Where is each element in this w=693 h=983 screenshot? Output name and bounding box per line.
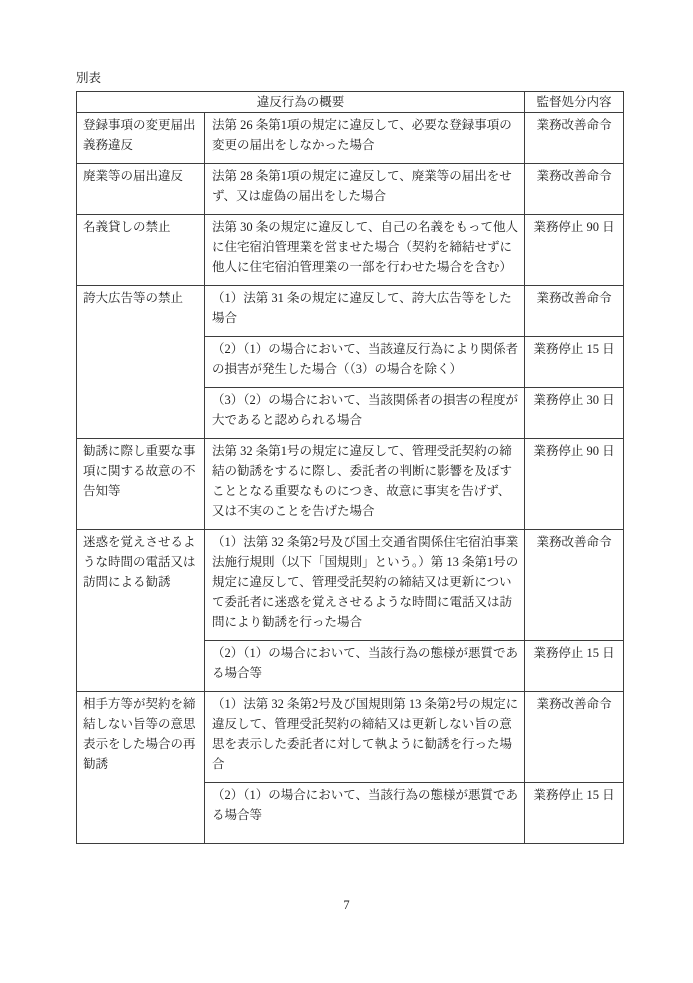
disposition-cell: 業務停止 90 日 [525,215,624,286]
category-cell: 勧誘に際し重要な事項に関する故意の不告知等 [77,439,205,530]
summary-cell: （2）（1）の場合において、当該行為の態様が悪質である場合等 [205,641,525,692]
summary-cell: 法第 26 条第1項の規定に違反して、必要な登録事項の変更の届出をしなかった場合 [205,113,525,164]
disposition-cell: 業務改善命令 [525,113,624,164]
disposition-cell: 業務停止 15 日 [525,641,624,692]
table-row: 名義貸しの禁止 法第 30 条の規定に違反して、自己の名義をもって他人に住宅宿泊… [77,215,624,286]
disposition-cell: 業務停止 15 日 [525,783,624,844]
table-caption: 別表 [76,70,101,86]
disposition-cell: 業務改善命令 [525,530,624,641]
summary-cell: （1）法第 32 条第2号及び国規則第 13 条第2号の規定に違反して、管理受託… [205,692,525,783]
table-row: 登録事項の変更届出義務違反 法第 26 条第1項の規定に違反して、必要な登録事項… [77,113,624,164]
summary-cell: 法第 28 条第1項の規定に違反して、廃業等の届出をせず、又は虚偽の届出をした場… [205,164,525,215]
table-row: 勧誘に際し重要な事項に関する故意の不告知等 法第 32 条第1号の規定に違反して… [77,439,624,530]
table-row: 迷惑を覚えさせるような時間の電話又は訪問による勧誘 （1）法第 32 条第2号及… [77,530,624,641]
disposition-cell: 業務改善命令 [525,286,624,337]
table-row: 誇大広告等の禁止 （1）法第 31 条の規定に違反して、誇大広告等をした場合 業… [77,286,624,337]
disposition-cell: 業務停止 30 日 [525,388,624,439]
disposition-cell: 業務停止 90 日 [525,439,624,530]
category-cell: 登録事項の変更届出義務違反 [77,113,205,164]
header-overview: 違反行為の概要 [77,92,525,113]
summary-cell: （3）（2）の場合において、当該関係者の損害の程度が大であると認められる場合 [205,388,525,439]
summary-cell: （2）（1）の場合において、当該違反行為により関係者の損害が発生した場合（（3）… [205,337,525,388]
disposition-cell: 業務改善命令 [525,692,624,783]
disposition-cell: 業務改善命令 [525,164,624,215]
summary-cell: 法第 32 条第1号の規定に違反して、管理受託契約の締結の勧誘をするに際し、委託… [205,439,525,530]
table-header-row: 違反行為の概要 監督処分内容 [77,92,624,113]
summary-cell: 法第 30 条の規定に違反して、自己の名義をもって他人に住宅宿泊管理業を営ませた… [205,215,525,286]
summary-cell: （2）（1）の場合において、当該行為の態様が悪質である場合等 [205,783,525,844]
page-number: 7 [0,898,693,913]
category-cell: 名義貸しの禁止 [77,215,205,286]
table-row: 相手方等が契約を締結しない旨等の意思表示をした場合の再勧誘 （1）法第 32 条… [77,692,624,783]
summary-cell: （1）法第 31 条の規定に違反して、誇大広告等をした場合 [205,286,525,337]
category-cell: 誇大広告等の禁止 [77,286,205,439]
header-disposition: 監督処分内容 [525,92,624,113]
document-page: 別表 違反行為の概要 監督処分内容 登録事項の変更届出義務違反 法第 26 条第… [0,0,693,983]
category-cell: 相手方等が契約を締結しない旨等の意思表示をした場合の再勧誘 [77,692,205,844]
disposition-cell: 業務停止 15 日 [525,337,624,388]
table-row: 廃業等の届出違反 法第 28 条第1項の規定に違反して、廃業等の届出をせず、又は… [77,164,624,215]
violation-disposition-table: 違反行為の概要 監督処分内容 登録事項の変更届出義務違反 法第 26 条第1項の… [76,91,624,844]
category-cell: 廃業等の届出違反 [77,164,205,215]
category-cell: 迷惑を覚えさせるような時間の電話又は訪問による勧誘 [77,530,205,692]
summary-cell: （1）法第 32 条第2号及び国土交通省関係住宅宿泊事業法施行規則（以下「国規則… [205,530,525,641]
